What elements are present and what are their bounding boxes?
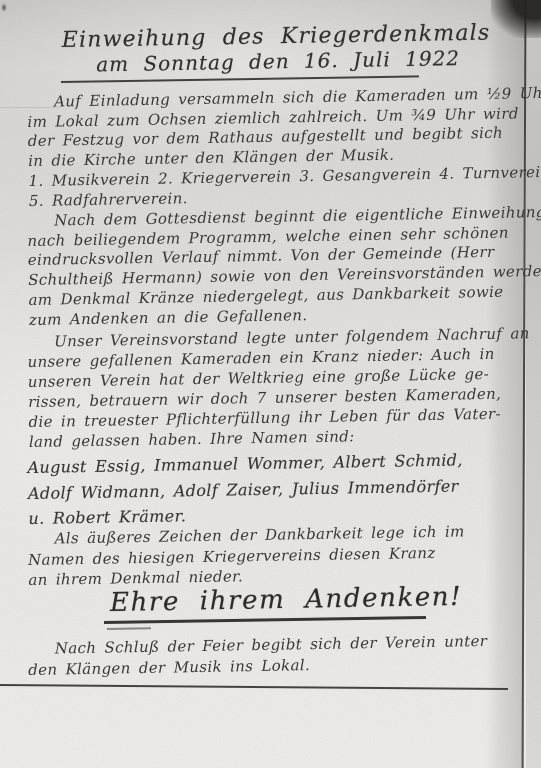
scan-speck — [1, 3, 7, 12]
memorial-heading: Ehre ihrem Andenken! — [110, 582, 463, 618]
scan-corner-shadow — [491, 0, 541, 38]
document-title: Einweihung des Kriegerdenkmals am Sonnta… — [62, 21, 491, 77]
scanned-manuscript-page: Einweihung des Kriegerdenkmals am Sonnta… — [0, 0, 541, 768]
paragraph-wreath: Als äußeres Zeichen der Dankbarkeit lege… — [27, 521, 465, 590]
paragraph-assembly: Auf Einladung versammeln sich die Kamera… — [27, 84, 541, 211]
paragraph-dedication: Nach dem Gottesdienst beginnt die eigent… — [27, 203, 541, 330]
heading-underline-flourish — [107, 627, 151, 629]
closing-paragraph: Nach Schluß der Feier begibt sich der Ve… — [28, 631, 488, 680]
title-underline — [61, 75, 419, 82]
paragraph-eulogy: Unser Vereinsvorstand legte unter folgen… — [27, 323, 532, 452]
fallen-names-list: August Essig, Immanuel Wommer, Albert Sc… — [27, 447, 464, 531]
bottom-rule — [0, 684, 508, 690]
